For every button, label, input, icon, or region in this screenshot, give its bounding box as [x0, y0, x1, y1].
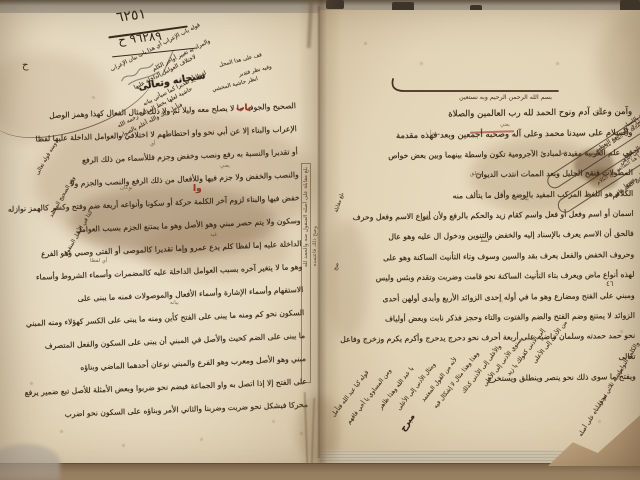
- bottom-left-shadow: [0, 444, 60, 480]
- margin-note: انظر حاشية المحشي: [212, 76, 259, 93]
- diagonal-note: ثم قابلناه على أصله: [577, 393, 609, 438]
- interlinear-note: يعني: [220, 163, 230, 169]
- gutter-fold-line: [318, 6, 320, 458]
- interlinear-note: لفظ: [480, 238, 489, 244]
- interlinear-note: أي لفظا: [90, 258, 107, 264]
- interlinear-note: قيد: [210, 232, 217, 238]
- manuscript-photo: ٦٢٥١ ٩٦٢٨٩ ح ح قوله باب الإعراب أي هذا ب…: [0, 0, 640, 480]
- interlinear-note: نوعان: [120, 185, 133, 191]
- folio-number: ٤٦: [606, 280, 614, 288]
- foxing-spots: [0, 0, 3, 3]
- interlinear-note: ظاهر: [420, 216, 431, 222]
- interlinear-note: متعلق: [470, 171, 483, 177]
- diagonal-note: قوله كيا عبد الله فتأمل: [330, 369, 370, 418]
- margin-note: قف على هذا المحل: [219, 52, 263, 68]
- interlinear-note: أي: [150, 141, 156, 147]
- basmala-text: بسم الله الرحمن الرحيم وبه نستعين: [400, 94, 552, 101]
- red-ink-mark: وا: [193, 184, 202, 194]
- interlinear-note: أي: [595, 108, 601, 114]
- interlinear-note: يعني: [500, 122, 510, 128]
- interlinear-note: مبتدأ: [430, 131, 440, 137]
- red-chapter-heading: باب: [236, 103, 251, 114]
- fan-marginalia: من الأدنى إلى الأعلىإلى الأدنى كقولك يا …: [336, 316, 574, 471]
- interlinear-note: بيانه: [170, 300, 179, 306]
- interlinear-note: خبر: [560, 150, 568, 156]
- interlinear-note: بيانه: [520, 196, 529, 202]
